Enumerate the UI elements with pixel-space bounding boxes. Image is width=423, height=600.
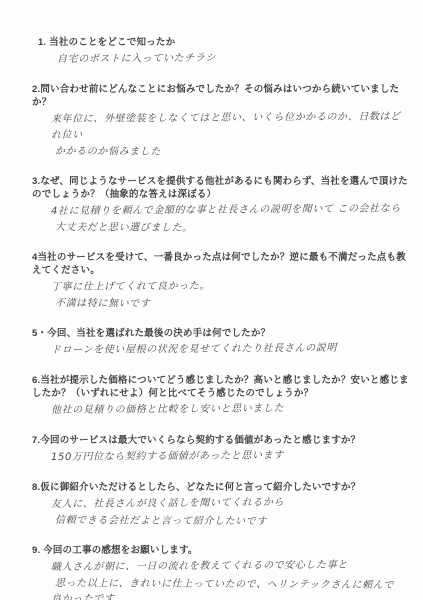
- handwritten-answer: 4社に見積りを頼んで金額的な事と社長さんの説明を聞いて この会社なら大丈夫だと思…: [32, 201, 411, 236]
- handwritten-answer: 他社の見積りの価格と比較をし安いと思いました: [32, 400, 411, 419]
- printed-question-text: 7.今回のサービスは最大でいくらなら契約する価値があったと感じますか？: [32, 434, 411, 447]
- answer-line: ドローンを使い屋根の状況を見せてくれたり社長さんの説明: [51, 340, 411, 359]
- answer-line: 丁寧に仕上げてくれて良かった。: [51, 277, 411, 296]
- question-block: 2.問い合わせ前にどんなことにお悩みでしたか？その悩みはいつから続いていましたか…: [32, 83, 411, 160]
- printed-question-text: 1. 当社のことをどこで知ったか: [38, 36, 411, 49]
- answer-line: 良かったです: [51, 589, 411, 600]
- answer-line: 来年位に、外壁塗装をしなくてはと思い、いくら位かかるのか、日数はどれ位い: [51, 109, 411, 144]
- question-block: 5・今回、当社を選ばれた最後の決め手は何でしたか？ ドローンを使い屋根の状況を見…: [32, 327, 411, 359]
- question-block: 8.仮に御紹介いただけるとしたら、どなたに何と言って紹介したいですか？ 友人に、…: [32, 481, 411, 529]
- handwritten-answer: 丁寧に仕上げてくれて良かった。不満は特に無いです: [32, 277, 411, 312]
- question-block: 3.なぜ、同じようなサービスを提供する他社があるにも関わらず、当社を選んで頂けた…: [32, 175, 411, 236]
- printed-question-text: 3.なぜ、同じようなサービスを提供する他社があるにも関わらず、当社を選んで頂けた…: [32, 175, 411, 201]
- handwritten-answer: 150万円位なら契約する価値があったと思います: [32, 447, 411, 466]
- answer-line: 信頼できる会社だよと言って紹介したいです: [51, 513, 411, 531]
- question-block: 1. 当社のことをどこで知ったか 自宅のポストに入っていたチラシ: [32, 36, 411, 68]
- question-block: 9. 今回の工事の感想をお願いします。 職人さんが朝に、一日の流れを教えてくれる…: [32, 544, 411, 600]
- answer-line: 友人に、社長さんが良く話しを聞いてくれるから: [51, 494, 411, 513]
- answer-line: かかるのか悩みました: [51, 144, 411, 162]
- handwritten-answer: 自宅のポストに入っていたチラシ: [38, 49, 411, 68]
- question-block: 4当社のサービスを受けて、一番良かった点は何でしたか？逆に最も不満だった点も教え…: [32, 251, 411, 312]
- answer-line: 自宅のポストに入っていたチラシ: [57, 49, 411, 68]
- answer-line: 大丈夫だと思い選びました。: [51, 220, 411, 238]
- answer-line: 他社の見積りの価格と比較をし安いと思いました: [51, 400, 411, 419]
- answer-line: 職人さんが朝に、一日の流れを教えてくれるので安心した事と: [51, 557, 411, 576]
- printed-question-text: 8.仮に御紹介いただけるとしたら、どなたに何と言って紹介したいですか？: [32, 481, 411, 494]
- handwritten-answer: 職人さんが朝に、一日の流れを教えてくれるので安心した事と思った以上に、きれいに仕…: [32, 557, 411, 600]
- answer-line: 不満は特に無いです: [51, 296, 411, 314]
- answer-line: 4社に見積りを頼んで金額的な事と社長さんの説明を聞いて この会社なら: [51, 201, 411, 220]
- handwritten-answer: ドローンを使い屋根の状況を見せてくれたり社長さんの説明: [32, 340, 411, 359]
- handwritten-answer: 友人に、社長さんが良く話しを聞いてくれるから信頼できる会社だよと言って紹介したい…: [32, 494, 411, 529]
- printed-question-text: 2.問い合わせ前にどんなことにお悩みでしたか？その悩みはいつから続いていましたか…: [32, 83, 411, 109]
- printed-question-text: 5・今回、当社を選ばれた最後の決め手は何でしたか？: [32, 327, 411, 340]
- answer-line: 150万円位なら契約する価値があったと思います: [51, 447, 411, 466]
- printed-question-text: 9. 今回の工事の感想をお願いします。: [32, 544, 411, 557]
- question-block: 6.当社が提示した価格についてどう感じましたか？高いと感じましたか？安いと感じま…: [32, 374, 411, 419]
- survey-question-list: 1. 当社のことをどこで知ったか 自宅のポストに入っていたチラシ 2.問い合わせ…: [32, 36, 411, 600]
- question-block: 7.今回のサービスは最大でいくらなら契約する価値があったと感じますか？ 150万…: [32, 434, 411, 466]
- handwritten-answer: 来年位に、外壁塗装をしなくてはと思い、いくら位かかるのか、日数はどれ位いかかるの…: [32, 109, 411, 160]
- printed-question-text: 6.当社が提示した価格についてどう感じましたか？高いと感じましたか？安いと感じま…: [32, 374, 411, 400]
- scanned-survey-page: 1. 当社のことをどこで知ったか 自宅のポストに入っていたチラシ 2.問い合わせ…: [0, 0, 423, 600]
- printed-question-text: 4当社のサービスを受けて、一番良かった点は何でしたか？逆に最も不満だった点も教え…: [32, 251, 411, 277]
